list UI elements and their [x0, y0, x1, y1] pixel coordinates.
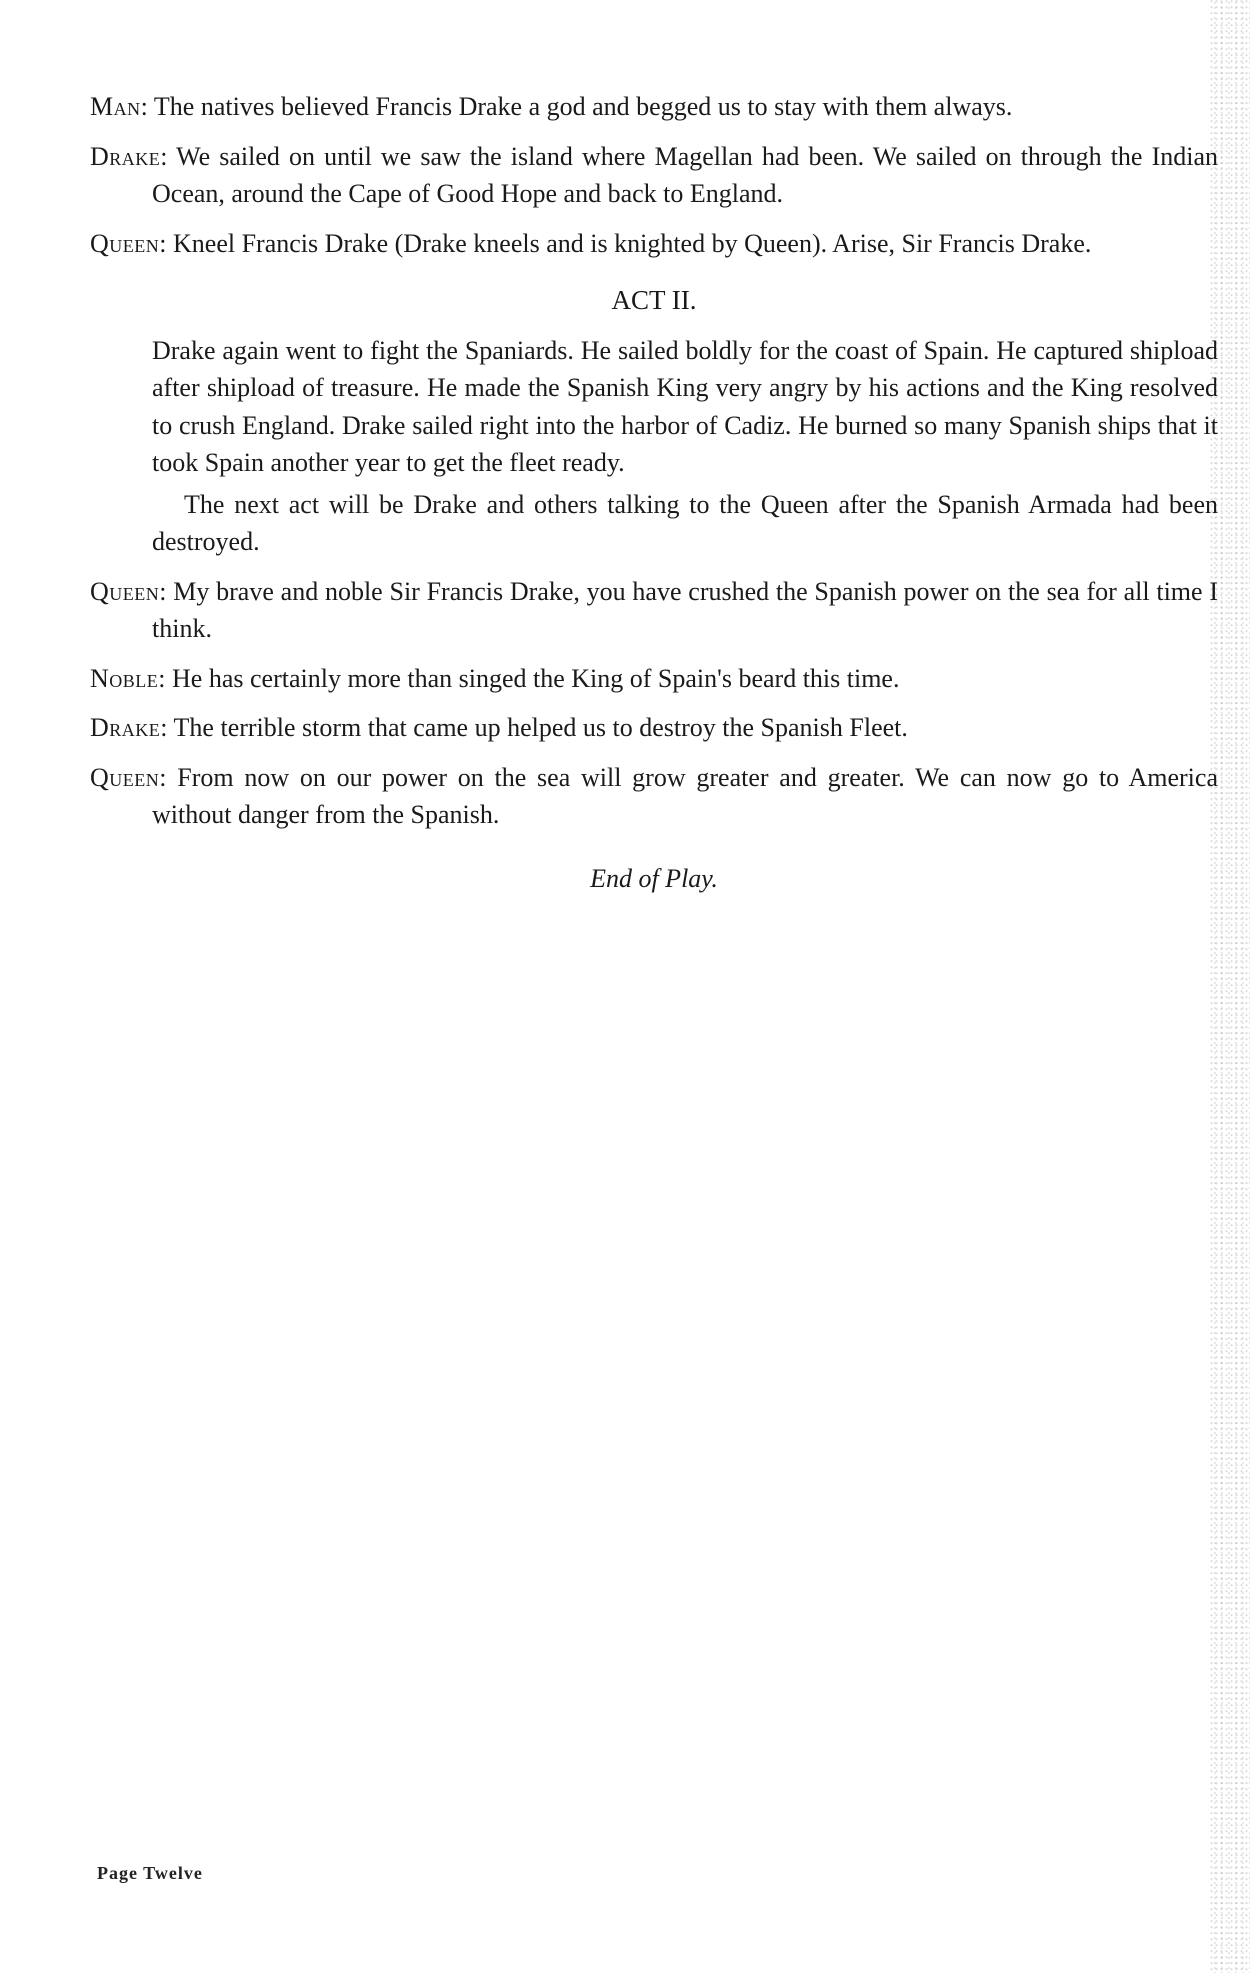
page-number-footer: Page Twelve — [97, 1863, 203, 1884]
narration-paragraph: The next act will be Drake and others ta… — [90, 486, 1218, 561]
speaker-name: Drake — [90, 713, 160, 742]
speaker-name: Queen — [90, 763, 159, 792]
dialogue-text: Kneel Francis Drake (Drake kneels and is… — [173, 229, 1091, 258]
speaker-name: Noble — [90, 664, 158, 693]
end-of-play: End of Play. — [90, 860, 1218, 898]
dialogue-line: Queen: From now on our power on the sea … — [90, 759, 1218, 834]
act-heading: ACT II. — [90, 282, 1218, 320]
dialogue-text: The terrible storm that came up helped u… — [174, 713, 908, 742]
speaker-name: Queen — [90, 577, 159, 606]
dialogue-line: Drake: We sailed on until we saw the isl… — [90, 138, 1218, 213]
page-body: Man: The natives believed Francis Drake … — [90, 88, 1218, 897]
speaker-name: Man — [90, 92, 141, 121]
dialogue-line: Queen: My brave and noble Sir Francis Dr… — [90, 573, 1218, 648]
dialogue-line: Noble: He has certainly more than singed… — [90, 660, 1218, 698]
speaker-name: Drake — [90, 142, 160, 171]
dialogue-text: My brave and noble Sir Francis Drake, yo… — [152, 577, 1218, 644]
dialogue-text: The natives believed Francis Drake a god… — [154, 92, 1012, 121]
dialogue-line: Drake: The terrible storm that came up h… — [90, 709, 1218, 747]
dialogue-text: He has certainly more than singed the Ki… — [172, 664, 899, 693]
dialogue-text: We sailed on until we saw the island whe… — [152, 142, 1218, 209]
dialogue-text: From now on our power on the sea will gr… — [152, 763, 1218, 830]
dialogue-line: Man: The natives believed Francis Drake … — [90, 88, 1218, 126]
narration-paragraph: Drake again went to fight the Spaniards.… — [90, 332, 1218, 482]
dialogue-line: Queen: Kneel Francis Drake (Drake kneels… — [90, 225, 1218, 263]
speaker-name: Queen — [90, 229, 159, 258]
